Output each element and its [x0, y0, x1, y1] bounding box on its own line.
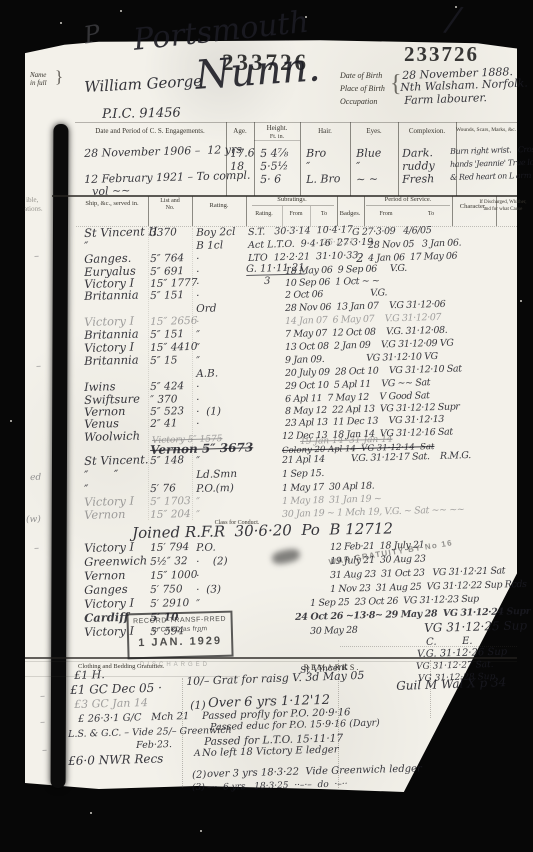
handwriting-mark: Feb·23.: [136, 740, 172, 750]
handwriting-mark: £1 H.: [74, 669, 105, 681]
handwriting-mark: 30 May 28: [310, 626, 358, 637]
handwriting-mark: 15″ 2656: [150, 316, 198, 328]
handwriting-mark: V.G. 31·12·26 Sup: [417, 648, 507, 660]
handwriting-mark: 5″ 151: [150, 290, 184, 301]
scanned-service-record-page: Portsmouth 233726 233726 Nunn. William G…: [0, 0, 533, 852]
handwriting-mark: 15″ 1000: [150, 570, 198, 582]
handwriting-mark: 9 Jan 09. VG 31·12·10 VG: [285, 352, 438, 365]
handwriting-mark: A: [194, 750, 201, 759]
handwriting-mark: ″: [196, 343, 200, 354]
handwriting-mark: Guil M Wal X p 34: [396, 676, 506, 692]
handwriting-mark: · (3): [196, 584, 221, 595]
handwriting-mark: ″: [196, 599, 200, 610]
handwriting-mark: Victory I: [84, 626, 134, 639]
handwriting-mark: 2 Oct 06 V.G.: [285, 288, 387, 300]
handwriting-mark: S.T. 30·3·14 10·4·17: [248, 225, 353, 237]
handwriting-mark: B 1cl: [196, 240, 223, 251]
handwriting-mark: 12 Dec 13 18 Jan 14 VG 31·12·16 Sat: [282, 428, 453, 442]
handwriting-mark: Passed educ for P.O. 15·9·16 (Dayr): [210, 719, 380, 733]
handwriting-mark: hands 'Jeannie' True love: [450, 159, 533, 169]
handwriting-mark: 28 Nov 05 3 Jan 06.: [368, 239, 461, 251]
handwriting-mark: ″: [196, 497, 200, 508]
handwriting-mark: ible,: [26, 197, 38, 204]
handwriting-mark: ··: [196, 627, 203, 638]
handwriting-mark: ·: [196, 419, 200, 430]
handwriting-mark: Ord: [196, 303, 217, 314]
handwriting-mark: 1 May 18 31 Jan 19 ~: [282, 494, 382, 506]
handwriting-mark: 19 July 21 30 Aug 23: [330, 555, 426, 567]
handwriting-mark: ″: [196, 356, 200, 367]
handwriting-mark: ruddy: [402, 160, 435, 172]
handwriting-mark: Vernon: [84, 570, 126, 583]
handwriting-mark: over 3 yrs 18·3·22 Vide Greenwich ledger: [207, 764, 422, 780]
handwriting-mark: ∕: [445, 2, 461, 37]
handwriting-mark: 5″ 148: [150, 455, 184, 466]
handwriting-mark: £ 26·3·1 G/C Mch 21: [78, 712, 189, 725]
handwriting-mark: 5″ 424: [150, 381, 184, 392]
handwriting-mark: 1 Sep 15.: [282, 469, 324, 480]
handwriting-mark: –: [34, 544, 39, 554]
handwriting-mark: £1 GC Dec 05 ·: [70, 682, 162, 696]
handwriting-layer: P∕ible,ations.––ed(w)–vol ~~26·1·212G. 1…: [0, 0, 533, 852]
handwriting-mark: 5″ 523: [150, 406, 184, 417]
handwriting-mark: Victory I: [84, 542, 134, 555]
handwriting-mark: Vernon: [84, 509, 126, 522]
handwriting-mark: 5·5½: [260, 160, 288, 172]
handwriting-mark: 1 Sep 25 23 Oct 26 VG 31·12·23 Sup: [310, 595, 479, 609]
handwriting-mark: 1 May 17 30 Apl 18.: [282, 482, 374, 494]
handwriting-mark: Victory I: [84, 598, 134, 611]
handwriting-mark: –: [40, 692, 45, 702]
handwriting-mark: ~ ~: [356, 173, 378, 185]
handwriting-mark: ″: [84, 484, 89, 496]
handwriting-mark: ″ 370: [150, 394, 178, 405]
handwriting-mark: 5″ 1703: [150, 496, 191, 508]
handwriting-mark: –·· 6 yrs 18·3·25 ··–·– do ·–··: [207, 780, 348, 793]
handwriting-mark: Cardiff: [84, 612, 129, 625]
handwriting-mark: Joined R.F.R 30·6·20 Po B 12712: [132, 521, 393, 541]
handwriting-mark: ″: [196, 510, 200, 521]
handwriting-mark: LTO 12·2·21 31·10·33.: [248, 251, 362, 263]
handwriting-mark: · (1): [196, 406, 221, 417]
handwriting-mark: & Red heart on L arm: [450, 172, 531, 182]
handwriting-mark: 28 November 1906 – 12 yrs: [84, 144, 242, 159]
handwriting-mark: 5 4⅞: [260, 147, 288, 159]
handwriting-mark: VG 31·12·25 Sup: [424, 619, 527, 634]
handwriting-mark: 5′ 10: [150, 612, 179, 623]
handwriting-mark: ed: [30, 474, 41, 483]
handwriting-mark: ations.: [24, 206, 43, 213]
handwriting-mark: ″: [84, 241, 89, 253]
handwriting-mark: £3 GC Jan 14: [74, 697, 148, 710]
handwriting-mark: G 27·3·09 4/6/05: [352, 226, 432, 238]
handwriting-mark: 20 July 09 28 Oct 10 VG 31·12·10 Sat: [285, 364, 462, 378]
handwriting-mark: Britannia: [84, 290, 139, 303]
handwriting-mark: 29 Oct 10 5 Apl 11 VG ~~ Sat: [285, 378, 430, 391]
handwriting-mark: 3: [264, 277, 271, 287]
handwriting-mark: ·: [196, 291, 200, 302]
handwriting-mark: 5″ 15: [150, 355, 178, 366]
handwriting-mark: ″: [196, 456, 200, 467]
handwriting-mark: 5′ 2910: [150, 598, 189, 610]
handwriting-mark: 3370: [150, 227, 177, 238]
handwriting-mark: 14 Jan 07 6 May 07 V.G 31·12·07: [285, 313, 441, 327]
handwriting-mark: 15′ 794: [150, 542, 189, 554]
handwriting-mark: Burn right wrist. Crossed: [450, 145, 533, 156]
handwriting-mark: 5½″ 32: [150, 556, 188, 567]
handwriting-mark: 18 May 06 9 Sep 06 V.G.: [285, 264, 407, 277]
handwriting-mark: 12 Feb·21 18 July 21: [330, 541, 424, 553]
handwriting-mark: –: [40, 718, 45, 728]
handwriting-mark: 10 Sep 06 1 Oct ~ ~: [285, 277, 380, 289]
handwriting-mark: Ld.Smn: [196, 469, 237, 481]
handwriting-mark: ″: [196, 330, 200, 341]
handwriting-mark: (w): [26, 516, 41, 525]
handwriting-mark: 31 Aug 23 31 Oct 23 VG 31·12·21 Sat: [330, 566, 505, 580]
handwriting-mark: 5′ 76: [150, 483, 176, 494]
handwriting-mark: VG 31·12·27 Sat.: [416, 661, 494, 672]
handwriting-mark: P.O.(m): [196, 483, 234, 494]
handwriting-mark: Bro: [306, 147, 326, 159]
handwriting-mark: 17.6: [230, 147, 255, 159]
handwriting-mark: ″: [356, 161, 360, 172]
handwriting-mark: 15″ 4410: [150, 342, 198, 354]
handwriting-mark: 15″ 204: [150, 509, 191, 521]
handwriting-mark: No left 18 Victory E ledger: [202, 745, 339, 759]
handwriting-mark: Ganges: [84, 584, 128, 597]
handwriting-mark: 4 Jan 06 17 May 06: [368, 252, 457, 264]
handwriting-mark: 12 February 1921 – To compl.: [84, 170, 251, 185]
handwriting-mark: –: [36, 362, 41, 372]
handwriting-mark: Blue: [356, 147, 381, 159]
handwriting-mark: 5· 6: [260, 173, 281, 185]
handwriting-mark: ″ ″: [84, 469, 118, 481]
handwriting-mark: ·: [196, 395, 200, 406]
handwriting-mark: 2″ 41: [150, 418, 178, 429]
handwriting-mark: 5″ 764: [150, 253, 184, 264]
handwriting-mark: 5″ 691: [150, 266, 184, 277]
handwriting-mark: Fresh: [402, 173, 434, 185]
handwriting-mark: 5″ 594: [150, 626, 184, 637]
handwriting-mark: A.B.: [196, 368, 218, 379]
handwriting-mark: (1): [190, 700, 206, 711]
handwriting-mark: 5′ 750: [150, 584, 183, 595]
handwriting-mark: Woolwich: [84, 431, 140, 444]
handwriting-mark: (3): [192, 784, 205, 793]
handwriting-mark: ·: [196, 382, 200, 393]
handwriting-mark: Dark.: [402, 147, 433, 159]
handwriting-mark: Greenwich: [84, 555, 147, 568]
handwriting-mark: Britannia: [84, 355, 139, 368]
handwriting-mark: P.O.: [196, 542, 216, 553]
handwriting-mark: vol ~~: [92, 185, 131, 197]
handwriting-mark: ″: [306, 161, 310, 172]
handwriting-mark: (2): [192, 771, 206, 781]
handwriting-mark: 15″ 1777: [150, 278, 198, 290]
handwriting-mark: St Vincent.: [84, 454, 149, 467]
handwriting-mark: 30 Jan 19 ~ 1 Mch 19, V.G. ~ Sat ~~ ~~: [282, 505, 465, 519]
handwriting-mark: P: [82, 21, 102, 47]
handwriting-mark: ·: [196, 571, 200, 582]
handwriting-mark: 5″ 151: [150, 329, 184, 340]
handwriting-mark: Act L.T.O. 9·4·16 27·3·19: [248, 238, 373, 251]
handwriting-mark: Boy 2cl: [196, 227, 235, 239]
handwriting-mark: · (2): [196, 556, 228, 567]
handwriting-mark: £6·0 NWR Recs: [68, 753, 164, 767]
handwriting-mark: 1 Nov 23 31 Aug 25 VG 31·12·22 Sup Rcds: [330, 580, 527, 595]
handwriting-mark: –: [34, 252, 39, 262]
handwriting-mark: –: [42, 746, 47, 756]
handwriting-mark: L. Bro: [306, 173, 341, 185]
handwriting-mark: ·: [196, 254, 200, 265]
handwriting-mark: ·: [196, 317, 200, 328]
handwriting-mark: ·: [196, 279, 200, 290]
handwriting-mark: St Vincent II: [84, 226, 158, 239]
handwriting-mark: C. E.: [426, 637, 473, 648]
